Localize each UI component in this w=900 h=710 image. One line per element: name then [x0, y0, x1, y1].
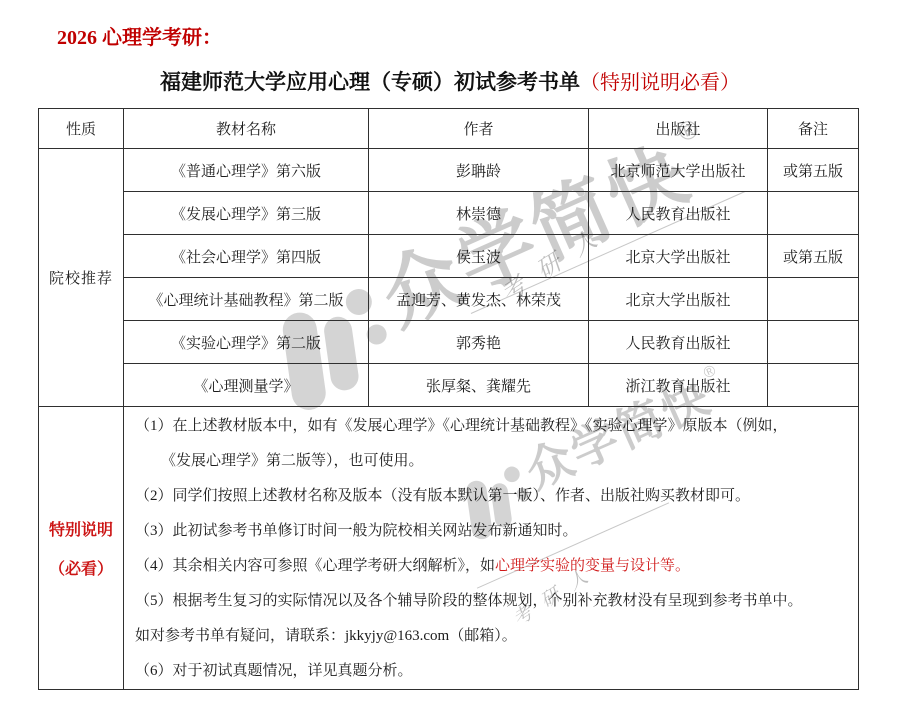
table-row: 《实验心理学》第二版 郭秀艳 人民教育出版社	[39, 321, 859, 364]
page-title: 福建师范大学应用心理（专硕）初试参考书单（特别说明必看）	[0, 66, 900, 96]
special-label-line1: 特别说明	[49, 517, 113, 540]
special-notes-row: 特别说明 （必看） （1）在上述教材版本中，如有《发展心理学》《心理统计基础教程…	[39, 407, 859, 690]
reference-book-table: 性质 教材名称 作者 出版社 备注 院校推荐 《普通心理学》第六版 彭聃龄 北京…	[38, 108, 859, 690]
book-title-cell: 《心理测量学》	[124, 364, 369, 407]
note-4-highlight: 心理学实验的变量与设计等。	[495, 558, 690, 574]
book-title-cell: 《心理统计基础教程》第二版	[124, 278, 369, 321]
remark-cell: 或第五版	[768, 149, 859, 192]
author-cell: 侯玉波	[369, 235, 589, 278]
document-page: 众学简快 ® 考研人 众学简快 ® 考研人 2026 心理学考研： 福建师范大学…	[0, 0, 900, 710]
publisher-cell: 人民教育出版社	[589, 192, 768, 235]
note-1-line2: 《发展心理学》第二版等），也可使用。	[135, 444, 854, 479]
table-row: 《心理测量学》 张厚粲、龚耀先 浙江教育出版社	[39, 364, 859, 407]
page-title-warning: （特别说明必看）	[580, 72, 740, 94]
note-4-prefix: （4）其余相关内容可参照《心理学考研大纲解析》，如	[135, 558, 495, 574]
note-6: （6）对于初试真题情况，详见真题分析。	[135, 654, 854, 689]
author-cell: 林崇德	[369, 192, 589, 235]
publisher-cell: 浙江教育出版社	[589, 364, 768, 407]
table-row: 院校推荐 《普通心理学》第六版 彭聃龄 北京师范大学出版社 或第五版	[39, 149, 859, 192]
col-header-author: 作者	[369, 109, 589, 149]
book-title-cell: 《实验心理学》第二版	[124, 321, 369, 364]
col-header-book: 教材名称	[124, 109, 369, 149]
note-2: （2）同学们按照上述教材名称及版本（没有版本默认第一版）、作者、出版社购买教材即…	[135, 479, 854, 514]
remark-cell: 或第五版	[768, 235, 859, 278]
note-1-line1: （1）在上述教材版本中，如有《发展心理学》《心理统计基础教程》《实验心理学》原版…	[135, 409, 854, 444]
group-label-recommended: 院校推荐	[39, 149, 124, 407]
author-cell: 张厚粲、龚耀先	[369, 364, 589, 407]
author-cell: 孟迎芳、黄发杰、林荣茂	[369, 278, 589, 321]
book-title-cell: 《发展心理学》第三版	[124, 192, 369, 235]
table-row: 《发展心理学》第三版 林崇德 人民教育出版社	[39, 192, 859, 235]
remark-cell	[768, 364, 859, 407]
book-title-cell: 《社会心理学》第四版	[124, 235, 369, 278]
book-title-cell: 《普通心理学》第六版	[124, 149, 369, 192]
special-notes-cell: （1）在上述教材版本中，如有《发展心理学》《心理统计基础教程》《实验心理学》原版…	[124, 407, 859, 690]
publisher-cell: 人民教育出版社	[589, 321, 768, 364]
col-header-remark: 备注	[768, 109, 859, 149]
note-5: （5）根据考生复习的实际情况以及各个辅导阶段的整体规划，个别补充教材没有呈现到参…	[135, 584, 854, 619]
table-header-row: 性质 教材名称 作者 出版社 备注	[39, 109, 859, 149]
remark-cell	[768, 192, 859, 235]
note-4: （4）其余相关内容可参照《心理学考研大纲解析》，如心理学实验的变量与设计等。	[135, 549, 854, 584]
note-contact-email: 如对参考书单有疑问，请联系：jkkyjy@163.com（邮箱）。	[135, 619, 854, 654]
publisher-cell: 北京师范大学出版社	[589, 149, 768, 192]
remark-cell	[768, 321, 859, 364]
special-label-cell: 特别说明 （必看）	[39, 407, 124, 690]
table-row: 《社会心理学》第四版 侯玉波 北京大学出版社 或第五版	[39, 235, 859, 278]
col-header-nature: 性质	[39, 109, 124, 149]
author-cell: 郭秀艳	[369, 321, 589, 364]
eyebrow-exam-year: 2026 心理学考研：	[57, 21, 222, 50]
page-title-main: 福建师范大学应用心理（专硕）初试参考书单	[160, 71, 580, 94]
remark-cell	[768, 278, 859, 321]
author-cell: 彭聃龄	[369, 149, 589, 192]
publisher-cell: 北京大学出版社	[589, 278, 768, 321]
table-row: 《心理统计基础教程》第二版 孟迎芳、黄发杰、林荣茂 北京大学出版社	[39, 278, 859, 321]
special-label-line2: （必看）	[49, 556, 113, 579]
publisher-cell: 北京大学出版社	[589, 235, 768, 278]
col-header-publisher: 出版社	[589, 109, 768, 149]
note-3: （3）此初试参考书单修订时间一般为院校相关网站发布新通知时。	[135, 514, 854, 549]
